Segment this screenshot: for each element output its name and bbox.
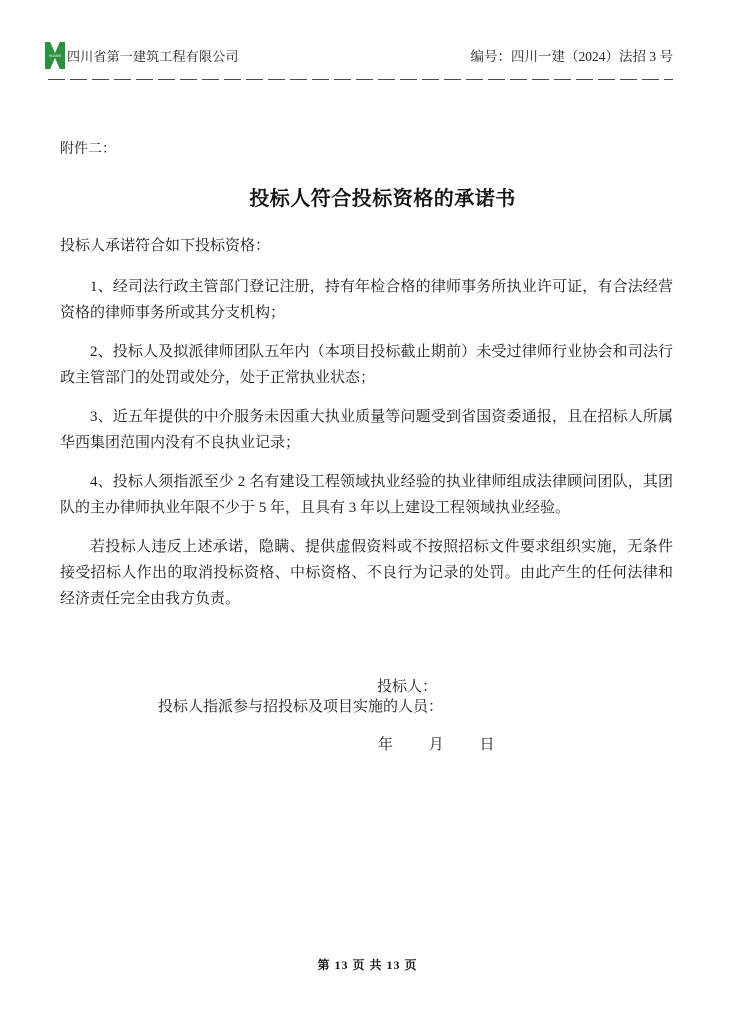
attachment-label: 附件二： [60, 143, 116, 157]
bidder-signature-label: 投标人： [377, 680, 437, 695]
paragraph-2: 2、投标人及拟派律师团队五年内（本项目投标截止期前）未受过律师行业协会和司法行政… [60, 339, 673, 391]
date-line: 年 月 日 [378, 738, 495, 753]
paragraph-5: 若投标人违反上述承诺，隐瞒、提供虚假资料或不按照招标文件要求组织实施，无条件接受… [60, 534, 673, 612]
company-name: 四川省第一建筑工程有限公司 [67, 46, 239, 65]
header-divider [48, 79, 673, 80]
document-page: HUASHI 四川省第一建筑工程有限公司 编号：四川一建（2024）法招 3 号… [0, 0, 735, 1032]
paragraph-list: 1、经司法行政主管部门登记注册，持有年检合格的律师事务所执业许可证，有合法经营资… [60, 274, 673, 625]
doc-number: 编号：四川一建（2024）法招 3 号 [471, 45, 674, 65]
page-number-footer: 第 13 页 共 13 页 [0, 956, 735, 973]
paragraph-4: 4、投标人须指派至少 2 名有建设工程领域执业经验的执业律师组成法律顾问团队，其… [60, 469, 673, 521]
document-header: HUASHI 四川省第一建筑工程有限公司 编号：四川一建（2024）法招 3 号 [45, 41, 673, 69]
paragraph-1: 1、经司法行政主管部门登记注册，持有年检合格的律师事务所执业许可证，有合法经营资… [60, 274, 673, 326]
huashi-logo-icon: HUASHI [45, 42, 65, 69]
document-title: 投标人符合投标资格的承诺书 [0, 189, 735, 209]
intro-line: 投标人承诺符合如下投标资格： [60, 239, 270, 254]
personnel-signature-label: 投标人指派参与招投标及项目实施的人员： [158, 700, 443, 715]
huashi-logo-text: HUASHI [49, 53, 61, 57]
paragraph-3: 3、近五年提供的中介服务未因重大执业质量等问题受到省国资委通报，且在招标人所属华… [60, 404, 673, 456]
